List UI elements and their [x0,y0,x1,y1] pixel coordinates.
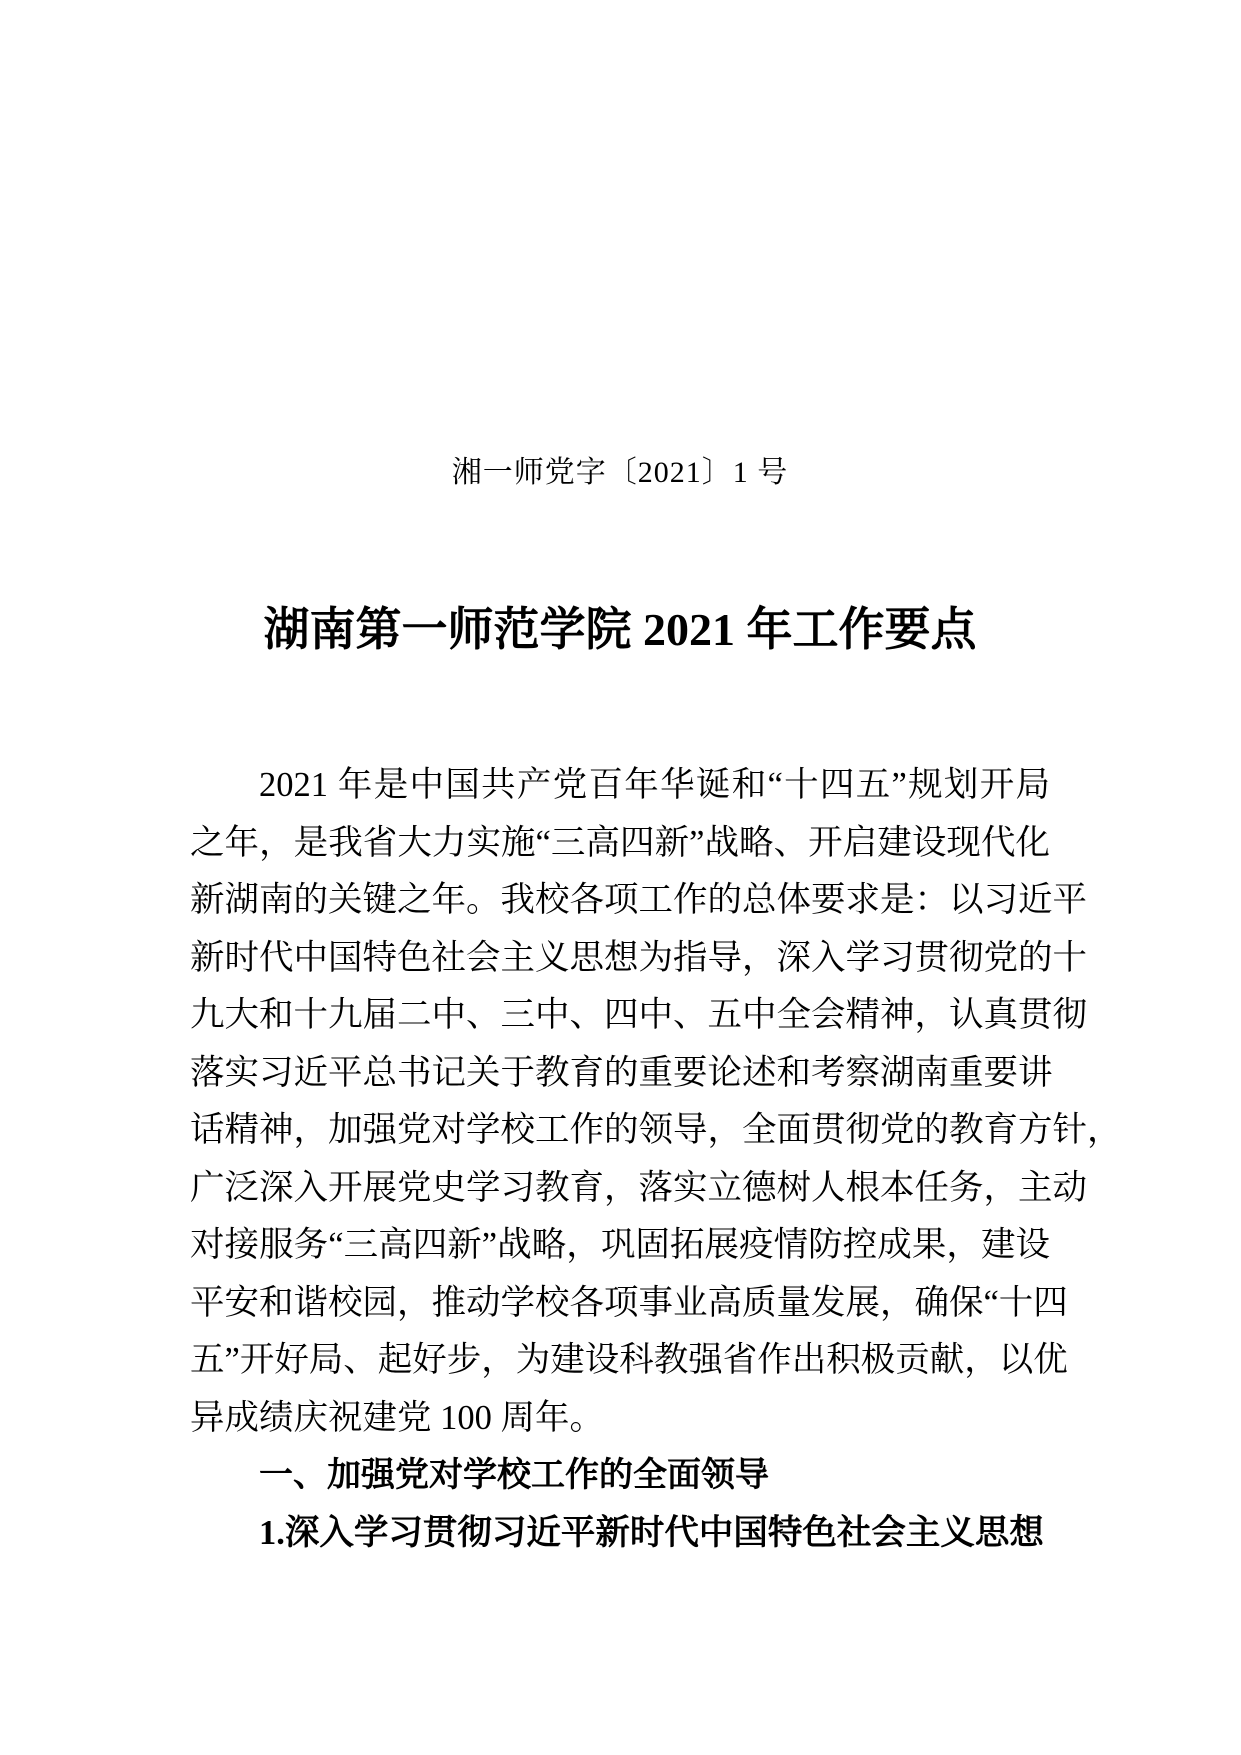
section-heading: 一、加强党对学校工作的全面领导 [190,1447,1050,1505]
body-paragraph: 2021 年是中国共产党百年华诞和“十四五”规划开局 之年，是我省大力实施“三高… [190,757,1050,1447]
paragraph-line: 话精神，加强党对学校工作的领导，全面贯彻党的教育方针， [190,1102,1050,1160]
doc-number: 湘一师党字〔2021〕1 号 [190,455,1050,490]
paragraph-line: 平安和谐校园，推动学校各项事业高质量发展，确保“十四 [190,1275,1050,1333]
paragraph-line: 落实习近平总书记关于教育的重要论述和考察湖南重要讲 [190,1045,1050,1103]
paragraph-line: 新时代中国特色社会主义思想为指导，深入学习贯彻党的十 [190,930,1050,988]
paragraph-line: 广泛深入开展党史学习教育，落实立德树人根本任务，主动 [190,1160,1050,1218]
paragraph-line: 新湖南的关键之年。我校各项工作的总体要求是：以习近平 [190,872,1050,930]
paragraph-line: 对接服务“三高四新”战略，巩固拓展疫情防控成果，建设 [190,1217,1050,1275]
paragraph-line: 异成绩庆祝建党 100 周年。 [190,1390,1050,1448]
document-page: 湘一师党字〔2021〕1 号 湖南第一师范学院 2021 年工作要点 2021 … [0,0,1241,1755]
document-title: 湖南第一师范学院 2021 年工作要点 [190,600,1050,660]
paragraph-line: 之年，是我省大力实施“三高四新”战略、开启建设现代化 [190,815,1050,873]
paragraph-line: 五”开好局、起好步，为建设科教强省作出积极贡献，以优 [190,1332,1050,1390]
paragraph-line: 九大和十九届二中、三中、四中、五中全会精神，认真贯彻 [190,987,1050,1045]
subsection-heading: 1.深入学习贯彻习近平新时代中国特色社会主义思想 [190,1505,1050,1563]
paragraph-line: 2021 年是中国共产党百年华诞和“十四五”规划开局 [190,757,1050,815]
